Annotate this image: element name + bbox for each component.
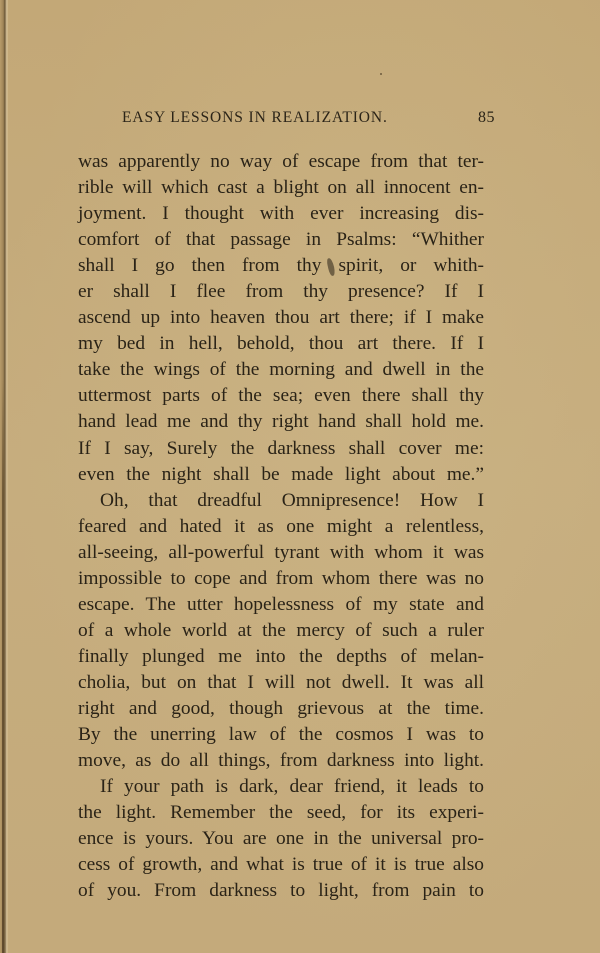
page-number: 85: [478, 109, 495, 127]
text-line: impossible to cope and from whom there w…: [78, 566, 484, 592]
text-line: escape. The utter hopelessness of my sta…: [78, 592, 484, 618]
paragraph-end-line: even the night shall be made light about…: [78, 462, 484, 488]
running-header: EASY LESSONS IN REALIZATION. 85: [120, 107, 495, 129]
text-line: If I say, Surely the darkness shall cove…: [78, 436, 484, 462]
text-line: rible will which cast a blight on all in…: [78, 175, 484, 201]
text-line: ence is yours. You are one in the univer…: [78, 826, 484, 852]
text-line: er shall I flee from thy presence? If I: [78, 279, 484, 305]
text-line: hand lead me and thy right hand shall ho…: [78, 409, 484, 435]
text-line: right and good, though grievous at the t…: [78, 696, 484, 722]
paragraph-end-line: move, as do all things, from darkness in…: [78, 748, 484, 774]
text-line: take the wings of the morning and dwell …: [78, 357, 484, 383]
text-line: the light. Remember the seed, for its ex…: [78, 800, 484, 826]
text-line: of a whole world at the mercy of such a …: [78, 618, 484, 644]
paragraph-start-line: If your path is dark, dear friend, it le…: [78, 774, 484, 800]
binding-shadow: [2, 380, 4, 953]
text-line: cholia, but on that I will not dwell. It…: [78, 670, 484, 696]
text-line: joyment. I thought with ever increasing …: [78, 201, 484, 227]
running-title: EASY LESSONS IN REALIZATION.: [122, 109, 388, 127]
text-line: all-seeing, all-powerful tyrant with who…: [78, 540, 484, 566]
text-line: uttermost parts of the sea; even there s…: [78, 383, 484, 409]
text-line: comfort of that passage in Psalms: “Whit…: [78, 227, 484, 253]
text-line: of you. From darkness to light, from pai…: [78, 878, 484, 904]
book-page: EASY LESSONS IN REALIZATION. 85 was appa…: [0, 0, 600, 953]
paper-speck: [380, 73, 382, 75]
text-line: finally plunged me into the depths of me…: [78, 644, 484, 670]
text-line: By the unerring law of the cosmos I was …: [78, 722, 484, 748]
text-line: shall I go then from thy spirit, or whit…: [78, 253, 484, 279]
text-line: cess of growth, and what is true of it i…: [78, 852, 484, 878]
paragraph-start-line: Oh, that dreadful Omnipresence! How I: [78, 488, 484, 514]
text-line: feared and hated it as one might a relen…: [78, 514, 484, 540]
text-line: was apparently no way of escape from tha…: [78, 149, 484, 175]
text-line: my bed in hell, behold, thou art there. …: [78, 331, 484, 357]
body-text: was apparently no way of escape from tha…: [78, 149, 484, 904]
text-line: ascend up into heaven thou art there; if…: [78, 305, 484, 331]
